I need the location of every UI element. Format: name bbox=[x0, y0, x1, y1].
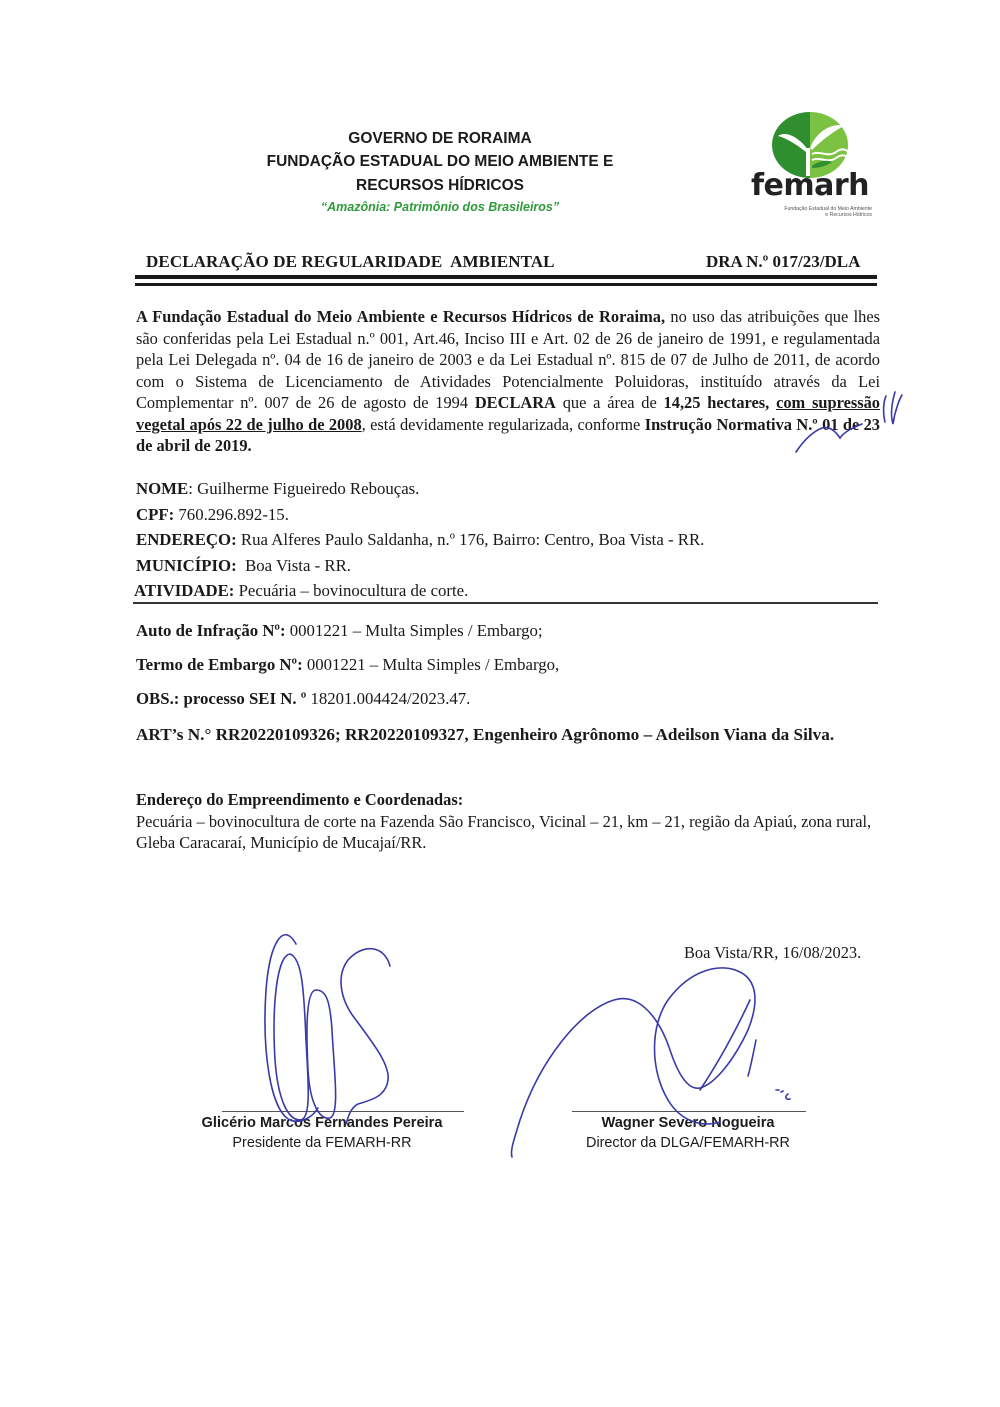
document-title: DECLARAÇÃO DE REGULARIDADE AMBIENTAL bbox=[146, 252, 555, 272]
regularized-text: , está devidamente regularizada, conform… bbox=[362, 415, 645, 434]
obs-value: 18201.004424/2023.47. bbox=[306, 689, 470, 708]
termo-embargo: Termo de Embargo Nº: 0001221 – Multa Sim… bbox=[136, 654, 880, 688]
logo-subtitle-line2: e Recursos Hídricos bbox=[746, 212, 872, 218]
enterprise-text: Pecuária – bovinocultura de corte na Faz… bbox=[136, 811, 880, 854]
area-intro-text: que a área de bbox=[556, 393, 664, 412]
signatory-role-president: Presidente da FEMARH-RR bbox=[182, 1135, 462, 1151]
field-cpf: CPF: 760.296.892-15. bbox=[136, 502, 880, 528]
title-rule-thick bbox=[135, 275, 877, 279]
art-numbers: ART’s N.° RR20220109326; RR20220109327, … bbox=[136, 718, 880, 752]
title-rule-thin bbox=[135, 283, 877, 286]
auto-label: Auto de Infração Nº: bbox=[136, 621, 286, 640]
initials-icon bbox=[884, 392, 902, 424]
endereco-label: ENDEREÇO: bbox=[136, 530, 237, 549]
nome-value: : Guilherme Figueiredo Rebouças. bbox=[188, 479, 419, 498]
obs-processo: OBS.: processo SEI N. º 18201.004424/202… bbox=[136, 688, 880, 722]
logo-subtitle: Fundação Estadual do Meio Ambiente e Rec… bbox=[746, 206, 872, 218]
nome-label: NOME bbox=[136, 479, 188, 498]
signature-line-director bbox=[572, 1111, 806, 1112]
signature-line-president bbox=[222, 1111, 464, 1112]
signatory-name-director: Wagner Severo Nogueira bbox=[548, 1115, 828, 1131]
infractions-block: Auto de Infração Nº: 0001221 – Multa Sim… bbox=[136, 620, 880, 722]
logo-wordmark: femarh bbox=[745, 168, 875, 203]
termo-label: Termo de Embargo Nº: bbox=[136, 655, 303, 674]
auto-value: 0001221 – Multa Simples / Embargo; bbox=[286, 621, 543, 640]
holder-details: NOME: Guilherme Figueiredo Rebouças. CPF… bbox=[136, 476, 880, 604]
foundation-name-line2: RECURSOS HÍDRICOS bbox=[240, 174, 640, 198]
cpf-value: 760.296.892-15. bbox=[174, 505, 289, 524]
signatory-name-president: Glicério Marcos Fernandes Pereira bbox=[182, 1115, 462, 1131]
obs-label: OBS.: processo SEI N. º bbox=[136, 689, 306, 708]
enterprise-address: Endereço do Empreendimento e Coordenadas… bbox=[136, 789, 880, 854]
endereco-value: Rua Alferes Paulo Saldanha, n.º 176, Bai… bbox=[237, 530, 705, 549]
atividade-value: Pecuária – bovinocultura de corte. bbox=[234, 581, 468, 600]
government-name: GOVERNO DE RORAIMA bbox=[240, 127, 640, 150]
termo-value: 0001221 – Multa Simples / Embargo, bbox=[303, 655, 560, 674]
foundation-name-line1: FUNDAÇÃO ESTADUAL DO MEIO AMBIENTE E bbox=[240, 150, 640, 174]
entity-name: A Fundação Estadual do Meio Ambiente e R… bbox=[136, 307, 665, 326]
section-divider bbox=[133, 602, 878, 604]
enterprise-heading: Endereço do Empreendimento e Coordenadas… bbox=[136, 789, 880, 811]
declara-keyword: DECLARA bbox=[475, 393, 556, 412]
letterhead: GOVERNO DE RORAIMA FUNDAÇÃO ESTADUAL DO … bbox=[240, 127, 640, 216]
signatory-role-director: Director da DLGA/FEMARH-RR bbox=[548, 1135, 828, 1151]
president-signature-icon bbox=[265, 935, 390, 1124]
motto: “Amazônia: Patrimônio dos Brasileiros” bbox=[240, 198, 640, 216]
field-municipio: MUNICÍPIO: Boa Vista - RR. bbox=[136, 553, 880, 579]
municipio-label: MUNICÍPIO: bbox=[136, 556, 237, 575]
field-atividade: ATIVIDADE: Pecuária – bovinocultura de c… bbox=[134, 578, 880, 604]
field-endereco: ENDEREÇO: Rua Alferes Paulo Saldanha, n.… bbox=[136, 527, 880, 553]
cpf-label: CPF: bbox=[136, 505, 174, 524]
municipio-value: Boa Vista - RR. bbox=[237, 556, 351, 575]
auto-infracao: Auto de Infração Nº: 0001221 – Multa Sim… bbox=[136, 620, 880, 654]
document-number: DRA N.º 017/23/DLA bbox=[706, 252, 860, 272]
place-date: Boa Vista/RR, 16/08/2023. bbox=[684, 943, 861, 963]
field-nome: NOME: Guilherme Figueiredo Rebouças. bbox=[136, 476, 880, 502]
atividade-label: ATIVIDADE: bbox=[134, 581, 234, 600]
declaration-paragraph: A Fundação Estadual do Meio Ambiente e R… bbox=[136, 306, 880, 457]
area-value: 14,25 hectares, bbox=[664, 393, 770, 412]
